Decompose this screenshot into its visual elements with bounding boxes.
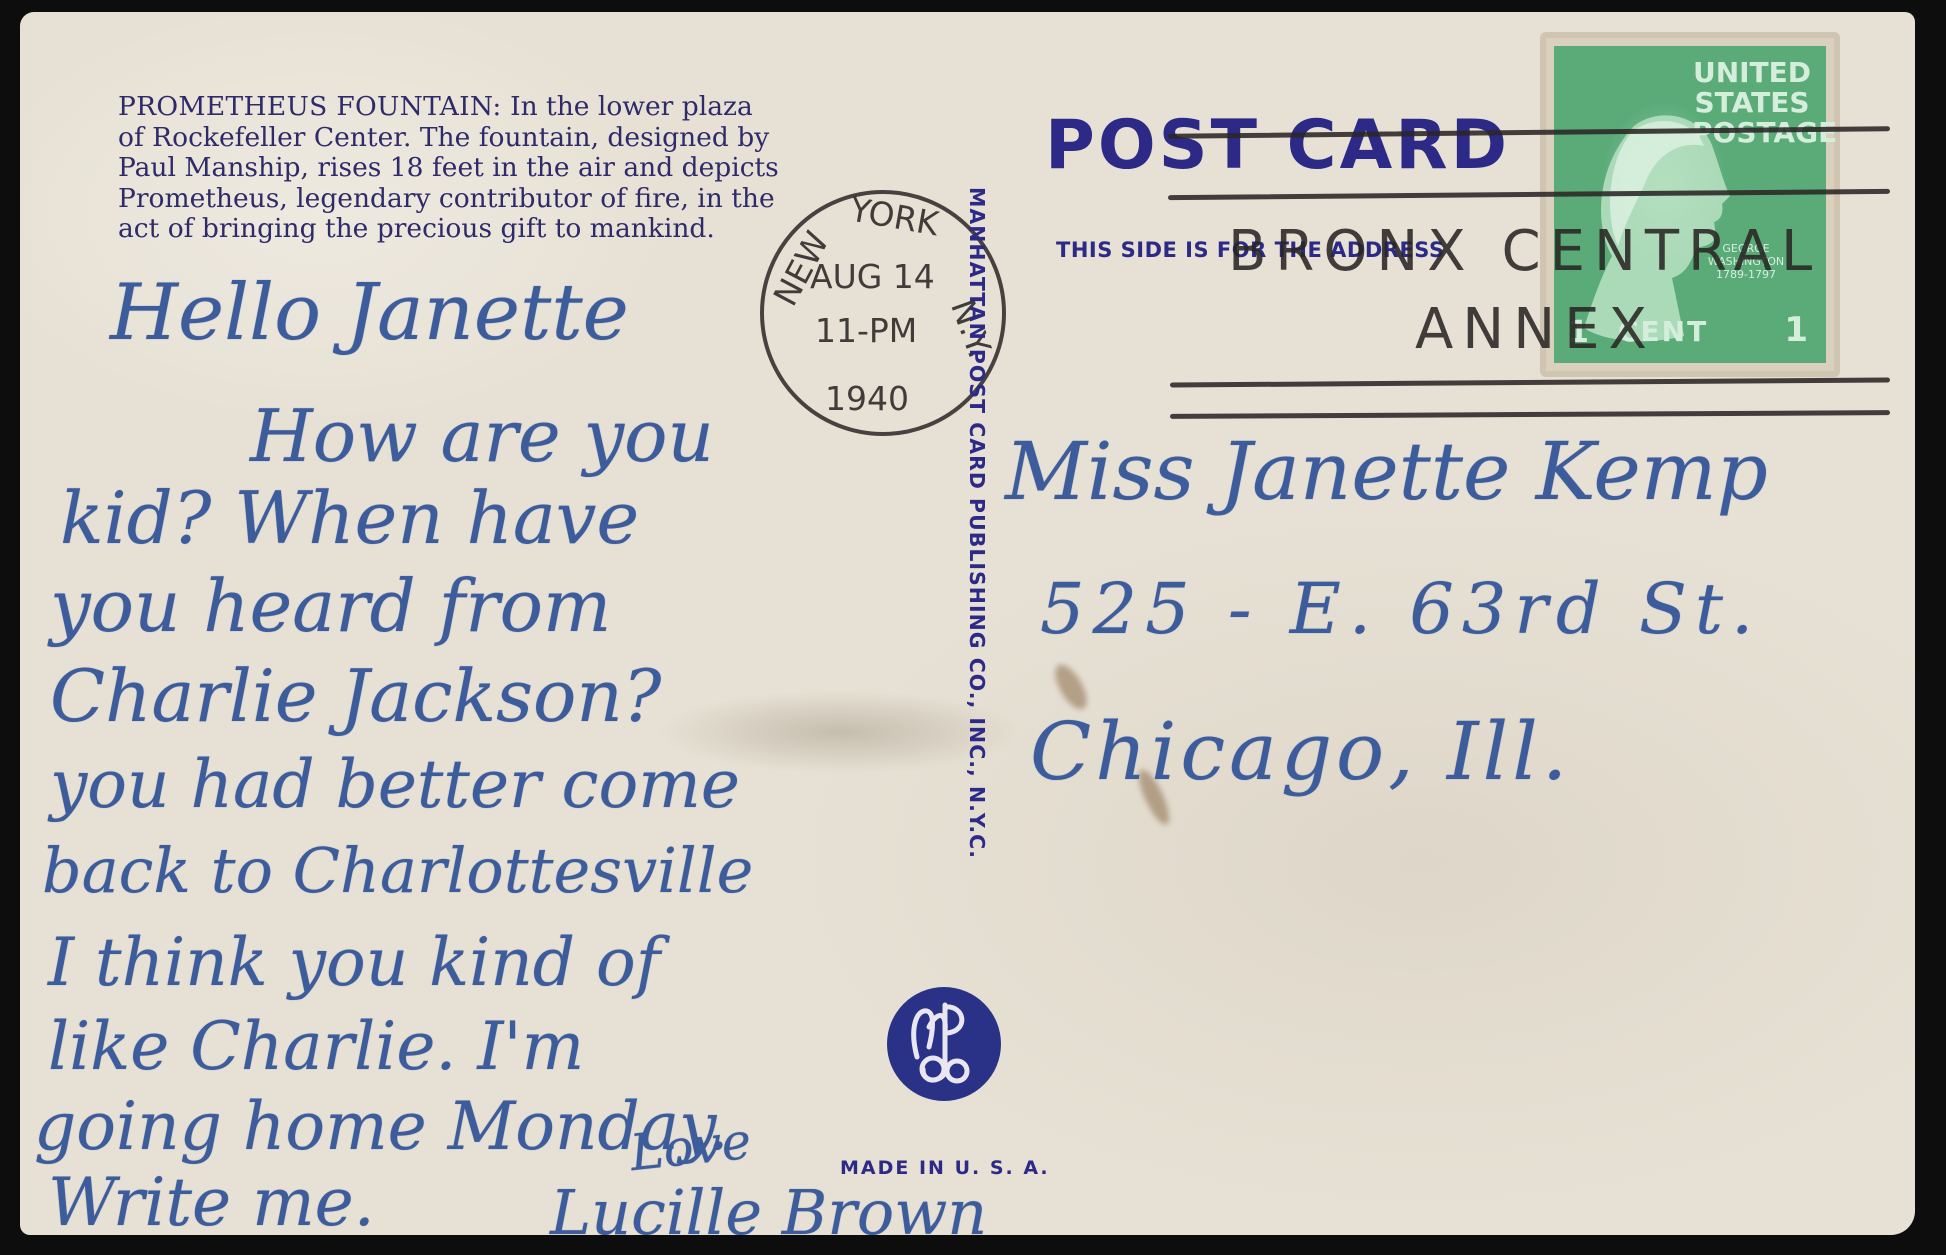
stamp-country: UNITED STATES POSTAGE <box>1692 58 1812 149</box>
message-line: Hello Janette <box>110 274 629 352</box>
postmark-time: 11-PM <box>815 314 917 347</box>
recipient-city: Chicago, Ill. <box>1030 712 1571 792</box>
message-signature: Lucille Brown <box>550 1182 987 1235</box>
message-line: How are you <box>250 400 714 472</box>
message-line: you heard from <box>50 570 611 642</box>
caption-text: PROMETHEUS FOUNTAIN: In the lower plaza … <box>118 92 898 245</box>
postmark-year: 1940 <box>825 382 909 415</box>
machine-cancel-line2: ANNEX <box>1415 302 1656 358</box>
publisher-imprint: MANHATTAN POST CARD PUBLISHING CO., INC.… <box>955 187 989 977</box>
machine-cancel-line1: BRONX CENTRAL <box>1228 224 1821 280</box>
message-line: you had better come <box>50 752 740 818</box>
postcard-back: PROMETHEUS FOUNTAIN: In the lower plaza … <box>20 12 1915 1235</box>
message-line: Write me. <box>48 1170 375 1235</box>
message-line: I think you kind of <box>48 930 660 996</box>
stamp-denomination-right: 1 <box>1784 312 1808 349</box>
cancel-line <box>1170 410 1890 419</box>
cancel-line <box>1170 377 1890 387</box>
recipient-name: Miss Janette Kemp <box>1005 432 1768 512</box>
caption-title: PROMETHEUS FOUNTAIN: <box>118 91 502 122</box>
message-line: like Charlie. I'm <box>48 1014 584 1080</box>
post-card-heading: POST CARD <box>1045 112 1510 180</box>
mpco-monogram-icon <box>887 987 1001 1101</box>
message-line: going home Monday. <box>34 1094 729 1160</box>
postmark-date: AUG 14 <box>810 260 935 293</box>
mpco-logo <box>887 987 1001 1101</box>
recipient-street: 525 - E. 63rd St. <box>1040 574 1761 644</box>
message-line: kid? When have <box>60 482 639 554</box>
message-line: back to Charlottesville <box>42 840 753 902</box>
message-line: Charlie Jackson? <box>50 660 661 732</box>
message-closing: Love <box>628 1116 754 1178</box>
